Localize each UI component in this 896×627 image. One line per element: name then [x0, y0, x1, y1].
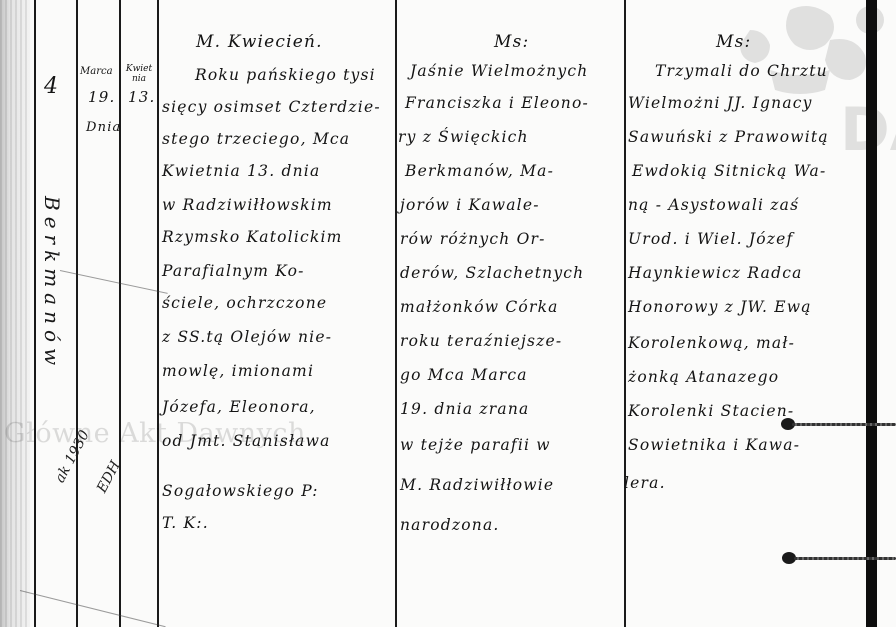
- text-line: Sowietnika i Kawa-: [628, 436, 800, 454]
- text-line: Trzymali do Chrztu: [655, 62, 828, 80]
- paper-scratch: [20, 590, 166, 627]
- birth-day: 19.: [88, 88, 115, 106]
- column-rule-line: [157, 0, 159, 627]
- text-line: żonką Atanazego: [628, 368, 779, 386]
- text-line: Józefa, Eleonora,: [162, 398, 316, 416]
- text-line: Rzymsko Katolickim: [162, 228, 343, 246]
- text-line: Wielmożni JJ. Ignacy: [628, 94, 813, 112]
- baptism-day: 13.: [128, 88, 155, 106]
- column-rule-line: [119, 0, 121, 627]
- register-page: DAW Główne Akt Dawnych 4 Marca 19. Dnia …: [0, 0, 896, 627]
- text-line: z SS.tą Olejów nie-: [162, 328, 332, 346]
- book-binding-shadow: [0, 0, 30, 627]
- text-line: roku teraźniejsze-: [400, 332, 562, 350]
- text-line: w Radziwiłłowskim: [162, 196, 333, 214]
- binding-bar: [866, 0, 877, 627]
- text-line: 19. dnia zrana: [400, 400, 529, 418]
- binding-thread: [792, 423, 896, 426]
- text-line: Kwietnia 13. dnia: [162, 162, 320, 180]
- text-line: Haynkiewicz Radca: [628, 264, 803, 282]
- baptism-month: Kwiet nia: [122, 64, 156, 84]
- text-line: Urod. i Wiel. Józef: [628, 230, 794, 248]
- column-rule-line: [76, 0, 78, 627]
- text-line: od Jmt. Stanisława: [162, 432, 331, 450]
- text-line: w tejże parafii w: [400, 436, 551, 454]
- text-line: narodzona.: [400, 516, 500, 534]
- margin-surname: Berkmanów: [40, 196, 64, 371]
- text-line: ną - Asystowali zaś: [628, 196, 799, 214]
- column-rule-line: [624, 0, 626, 627]
- birth-month: Marca: [80, 66, 113, 77]
- text-line: ściele, ochrzczone: [162, 294, 327, 312]
- text-line: lera.: [624, 474, 666, 492]
- birth-day-label: Dnia: [86, 120, 122, 135]
- column-rule-line: [395, 0, 397, 627]
- text-line: derów, Szlachetnych: [400, 264, 584, 282]
- text-line: Franciszka i Eleono-: [405, 94, 589, 112]
- text-line: go Mca Marca: [400, 366, 528, 384]
- text-line: Korolenkową, mał-: [628, 334, 795, 352]
- column-heading-parents: Ms:: [494, 32, 529, 52]
- text-line: Berkmanów, Ma-: [405, 162, 554, 180]
- text-line: mowlę, imionami: [162, 362, 314, 380]
- text-line: Sogałowskiego P:: [162, 482, 319, 500]
- text-line: jorów i Kawale-: [400, 196, 540, 214]
- entry-number: 4: [44, 74, 59, 99]
- text-line: Jaśnie Wielmożnych: [410, 62, 588, 80]
- text-line: Roku pańskiego tysi: [195, 66, 376, 84]
- text-line: stego trzeciego, Mca: [162, 130, 350, 148]
- text-line: M. Radziwiłłowie: [400, 476, 554, 494]
- column-rule-line: [34, 0, 36, 627]
- text-line: małżonków Córka: [400, 298, 559, 316]
- text-line: T. K:.: [162, 514, 209, 532]
- column-heading-place-date: M. Kwiecień.: [196, 32, 323, 52]
- text-line: Ewdokią Sitnicką Wa-: [632, 162, 826, 180]
- text-line: Parafialnym Ko-: [162, 262, 305, 280]
- text-line: Sawuński z Prawowitą: [628, 128, 829, 146]
- text-line: Honorowy z JW. Ewą: [628, 298, 812, 316]
- text-line: Korolenki Stacien-: [628, 402, 794, 420]
- text-line: rów różnych Or-: [400, 230, 546, 248]
- column-heading-godparents: Ms:: [716, 32, 751, 52]
- binding-thread: [794, 557, 896, 560]
- text-line: ry z Święckich: [398, 128, 529, 146]
- text-line: sięcy osimset Czterdzie-: [162, 98, 381, 116]
